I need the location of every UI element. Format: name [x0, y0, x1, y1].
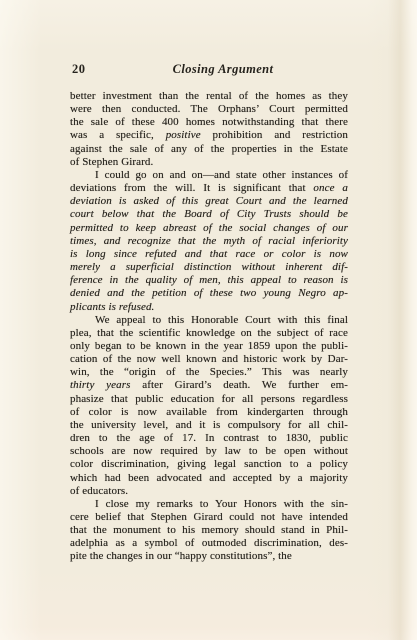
- text-line: denied and the petition of these two you…: [70, 287, 348, 300]
- text-line: dren to the age of 17. In contrast to 18…: [70, 432, 348, 445]
- text-line: of Stephen Girard.: [70, 156, 348, 169]
- text-line: better investment than the rental of the…: [70, 90, 348, 103]
- text-line: the university level, and it is compulso…: [70, 419, 348, 432]
- text-line: was a specific, positive prohibition and…: [70, 129, 348, 142]
- text-line: color discrimination, giving legal sanct…: [70, 458, 348, 471]
- text-line: that the monument to his memory should s…: [70, 524, 348, 537]
- text-line: merely a superficial distinction without…: [70, 261, 348, 274]
- text-line: is long since refuted and that race or c…: [70, 248, 348, 261]
- text-line: plea, that the scientific knowledge on t…: [70, 327, 348, 340]
- text-line: permitted to keep abreast of the social …: [70, 222, 348, 235]
- text-line: ference in the quality of men, this appe…: [70, 274, 348, 287]
- running-head: Closing Argument: [84, 62, 362, 77]
- page-body: better investment than the rental of the…: [70, 90, 348, 564]
- text-line: the sale of these 400 homes notwithstand…: [70, 116, 348, 129]
- text-line: I close my remarks to Your Honors with t…: [70, 498, 348, 511]
- page-header: 20 Closing Argument: [70, 62, 348, 77]
- text-line: which had been advocated and accepted by…: [70, 472, 348, 485]
- text-line: against the sale of any of the propertie…: [70, 143, 348, 156]
- text-line: schools are now required by law to be op…: [70, 445, 348, 458]
- text-line: deviation is asked of this great Court a…: [70, 195, 348, 208]
- text-line: were then conducted. The Orphans’ Court …: [70, 103, 348, 116]
- text-line: times, and recognize that the myth of ra…: [70, 235, 348, 248]
- text-line: phasize that public education for all pe…: [70, 393, 348, 406]
- scanned-book-page: 20 Closing Argument better investment th…: [0, 0, 417, 640]
- text-line: plicants is refused.: [70, 301, 348, 314]
- text-line: cation of the now well known and histori…: [70, 353, 348, 366]
- text-line: I could go on and on—and state other ins…: [70, 169, 348, 182]
- text-line: of educators.: [70, 485, 348, 498]
- text-line: cere belief that Stephen Girard could no…: [70, 511, 348, 524]
- text-line: pite the changes in our “happy constitut…: [70, 550, 348, 563]
- text-line: of color is now available from kindergar…: [70, 406, 348, 419]
- text-line: thirty years after Girard’s death. We fu…: [70, 379, 348, 392]
- text-line: adelphia as a symbol of outmoded discrim…: [70, 537, 348, 550]
- text-line: win, the “origin of the Species.” This w…: [70, 366, 348, 379]
- text-line: deviations from the will. It is signific…: [70, 182, 348, 195]
- text-line: court below that the Board of City Trust…: [70, 208, 348, 221]
- text-line: only began to be known in the year 1859 …: [70, 340, 348, 353]
- text-line: We appeal to this Honorable Court with t…: [70, 314, 348, 327]
